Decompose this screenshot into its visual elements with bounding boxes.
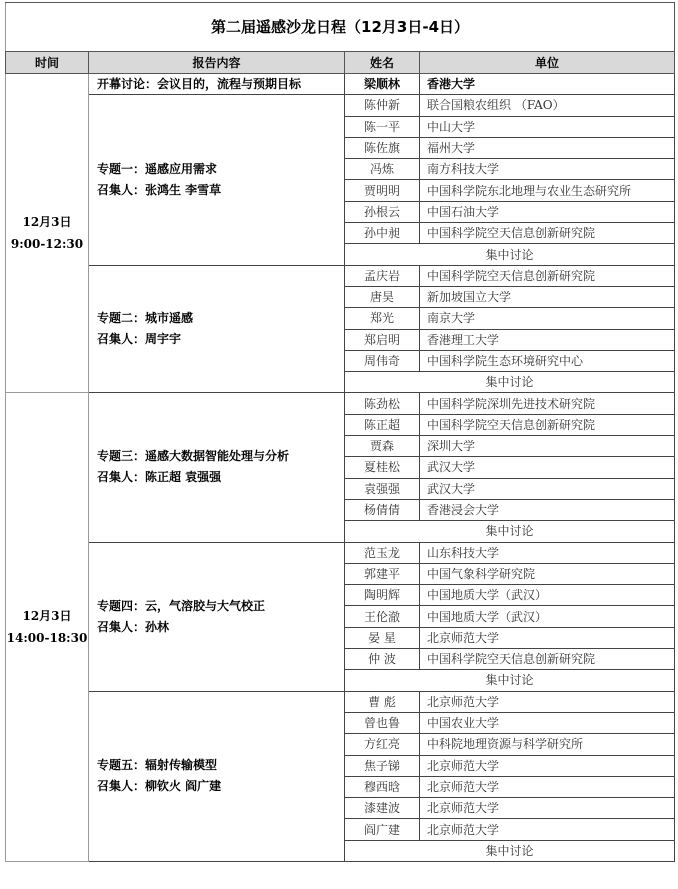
- speaker-unit: 中国科学院深圳先进技术研究院: [420, 393, 675, 414]
- speaker-name: 陈一平: [345, 116, 420, 137]
- topic-convener: 召集人：陈正超 袁强强: [97, 467, 344, 488]
- speaker-unit: 中国科学院空天信息创新研究院: [420, 414, 675, 435]
- speaker-name: 方红亮: [345, 734, 420, 755]
- speaker-name: 陈佐旗: [345, 137, 420, 158]
- speaker-name: 冯炼: [345, 159, 420, 180]
- speaker-name: 陈正超: [345, 414, 420, 435]
- speaker-unit: 北京师范大学: [420, 755, 675, 776]
- speaker-name: 孙根云: [345, 201, 420, 222]
- session-time: 14:00-18:30: [6, 627, 88, 649]
- speaker-row: 专题四：云，气溶胶与大气校正召集人：孙林范玉龙山东科技大学: [6, 542, 675, 563]
- schedule-title: 第二届遥感沙龙日程（12月3日-4日）: [6, 3, 675, 52]
- speaker-name: 陶明辉: [345, 585, 420, 606]
- speaker-name: 夏桂松: [345, 457, 420, 478]
- session-time-cell: 12月3日14:00-18:30: [6, 393, 89, 862]
- topic-convener: 召集人：张鸿生 李雪草: [97, 180, 344, 201]
- speaker-name: 陈仲新: [345, 95, 420, 116]
- speaker-unit: 新加坡国立大学: [420, 286, 675, 307]
- discussion-label: 集中讨论: [345, 670, 675, 691]
- opening-speaker-unit: 香港大学: [420, 74, 675, 95]
- speaker-name: 陈劲松: [345, 393, 420, 414]
- speaker-unit: 北京师范大学: [420, 627, 675, 648]
- topic-title: 专题四：云，气溶胶与大气校正: [97, 596, 344, 617]
- speaker-unit: 南京大学: [420, 308, 675, 329]
- session-date: 12月3日: [6, 605, 88, 627]
- discussion-label: 集中讨论: [345, 244, 675, 265]
- speaker-name: 晏 星: [345, 627, 420, 648]
- header-row: 时间 报告内容 姓名 单位: [6, 52, 675, 74]
- speaker-name: 杨倩倩: [345, 499, 420, 520]
- topic-title: 专题三：遥感大数据智能处理与分析: [97, 446, 344, 467]
- speaker-unit: 深圳大学: [420, 436, 675, 457]
- topic-cell: 专题二：城市遥感召集人：周宇宇: [89, 265, 345, 393]
- schedule-sheet: 第二届遥感沙龙日程（12月3日-4日） 时间 报告内容 姓名 单位 12月3日9…: [5, 2, 674, 862]
- speaker-unit: 南方科技大学: [420, 159, 675, 180]
- speaker-unit: 中科院地理资源与科学研究所: [420, 734, 675, 755]
- speaker-unit: 山东科技大学: [420, 542, 675, 563]
- session-time-cell: 12月3日9:00-12:30: [6, 74, 89, 393]
- speaker-unit: 北京师范大学: [420, 798, 675, 819]
- speaker-row: 12月3日14:00-18:30专题三：遥感大数据智能处理与分析召集人：陈正超 …: [6, 393, 675, 414]
- topic-title: 专题一：遥感应用需求: [97, 159, 344, 180]
- speaker-name: 孟庆岩: [345, 265, 420, 286]
- speaker-name: 郑光: [345, 308, 420, 329]
- topic-cell: 专题一：遥感应用需求召集人：张鸿生 李雪草: [89, 95, 345, 265]
- speaker-name: 郭建平: [345, 563, 420, 584]
- speaker-unit: 北京师范大学: [420, 776, 675, 797]
- speaker-name: 郑启明: [345, 329, 420, 350]
- speaker-unit: 中国科学院空天信息创新研究院: [420, 223, 675, 244]
- topic-convener: 召集人：孙林: [97, 617, 344, 638]
- speaker-name: 袁强强: [345, 478, 420, 499]
- schedule-table: 第二届遥感沙龙日程（12月3日-4日） 时间 报告内容 姓名 单位 12月3日9…: [5, 2, 675, 862]
- discussion-label: 集中讨论: [345, 840, 675, 861]
- speaker-unit: 中国地质大学（武汉）: [420, 606, 675, 627]
- topic-title: 专题五：辐射传输模型: [97, 755, 344, 776]
- speaker-name: 范玉龙: [345, 542, 420, 563]
- header-unit: 单位: [420, 52, 675, 74]
- topic-title: 专题二：城市遥感: [97, 308, 344, 329]
- speaker-unit: 北京师范大学: [420, 691, 675, 712]
- header-content: 报告内容: [89, 52, 345, 74]
- speaker-name: 穆西晗: [345, 776, 420, 797]
- speaker-name: 周伟奇: [345, 350, 420, 371]
- speaker-unit: 中国地质大学（武汉）: [420, 585, 675, 606]
- speaker-unit: 香港理工大学: [420, 329, 675, 350]
- speaker-unit: 福州大学: [420, 137, 675, 158]
- opening-content: 开幕讨论：会议目的，流程与预期目标: [89, 74, 345, 95]
- discussion-label: 集中讨论: [345, 521, 675, 542]
- speaker-unit: 中国科学院生态环境研究中心: [420, 350, 675, 371]
- speaker-name: 孙中昶: [345, 223, 420, 244]
- speaker-unit: 中国科学院空天信息创新研究院: [420, 265, 675, 286]
- speaker-unit: 中山大学: [420, 116, 675, 137]
- speaker-unit: 中国石油大学: [420, 201, 675, 222]
- speaker-name: 唐昊: [345, 286, 420, 307]
- session-time: 9:00-12:30: [6, 233, 88, 255]
- topic-cell: 专题四：云，气溶胶与大气校正召集人：孙林: [89, 542, 345, 691]
- speaker-name: 曹 彪: [345, 691, 420, 712]
- speaker-unit: 中国科学院空天信息创新研究院: [420, 649, 675, 670]
- discussion-label: 集中讨论: [345, 372, 675, 393]
- speaker-unit: 中国农业大学: [420, 712, 675, 733]
- topic-cell: 专题三：遥感大数据智能处理与分析召集人：陈正超 袁强强: [89, 393, 345, 542]
- topic-cell: 专题五：辐射传输模型召集人：柳钦火 阎广建: [89, 691, 345, 861]
- header-name: 姓名: [345, 52, 420, 74]
- speaker-row: 专题二：城市遥感召集人：周宇宇孟庆岩中国科学院空天信息创新研究院: [6, 265, 675, 286]
- opening-row: 12月3日9:00-12:30开幕讨论：会议目的，流程与预期目标梁顺林香港大学: [6, 74, 675, 95]
- speaker-unit: 武汉大学: [420, 457, 675, 478]
- speaker-name: 焦子锑: [345, 755, 420, 776]
- speaker-unit: 北京师范大学: [420, 819, 675, 840]
- speaker-unit: 香港浸会大学: [420, 499, 675, 520]
- speaker-name: 仲 波: [345, 649, 420, 670]
- topic-convener: 召集人：柳钦火 阎广建: [97, 776, 344, 797]
- speaker-name: 贾森: [345, 436, 420, 457]
- speaker-row: 专题一：遥感应用需求召集人：张鸿生 李雪草陈仲新联合国粮农组织 （FAO）: [6, 95, 675, 116]
- speaker-unit: 武汉大学: [420, 478, 675, 499]
- speaker-name: 阎广建: [345, 819, 420, 840]
- speaker-name: 曾也鲁: [345, 712, 420, 733]
- speaker-name: 漆建波: [345, 798, 420, 819]
- speaker-row: 专题五：辐射传输模型召集人：柳钦火 阎广建曹 彪北京师范大学: [6, 691, 675, 712]
- speaker-name: 王伦澈: [345, 606, 420, 627]
- topic-convener: 召集人：周宇宇: [97, 329, 344, 350]
- header-time: 时间: [6, 52, 89, 74]
- opening-speaker-name: 梁顺林: [345, 74, 420, 95]
- speaker-unit: 联合国粮农组织 （FAO）: [420, 95, 675, 116]
- speaker-name: 贾明明: [345, 180, 420, 201]
- session-date: 12月3日: [6, 211, 88, 233]
- speaker-unit: 中国科学院东北地理与农业生态研究所: [420, 180, 675, 201]
- speaker-unit: 中国气象科学研究院: [420, 563, 675, 584]
